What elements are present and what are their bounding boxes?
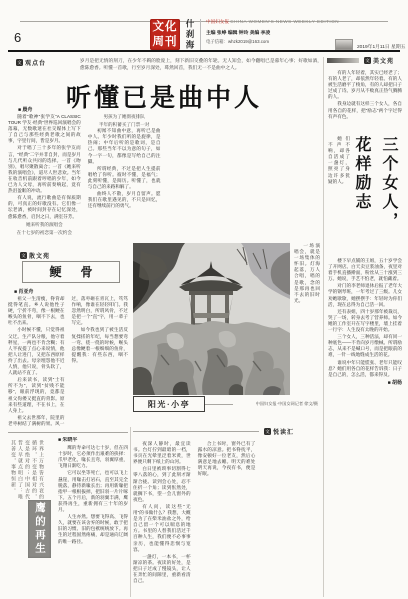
- masthead: 文化 周刊 什刹海 中国妇女报 CHINA WOMEN'S NEWS WEEKL…: [150, 19, 339, 51]
- paragraph: 还有表姐，四十岁那年被裁员，哭了一场，转身去考了营养师。如今她的工作室开在写字楼…: [328, 309, 402, 333]
- main-side-text: 一场演唱会，就是一场集体的怀旧。灯海起落，万人合唱，唱的是歌，念的是那再也回不去…: [294, 243, 320, 304]
- paragraph: 祖父一生清瘦，脊背却挺得笔直。乡人说他性子硬，宁折不弯，像一根鲠在喉头的鱼骨，咽…: [8, 296, 65, 326]
- section-label-main: 文 观点台: [16, 58, 46, 67]
- essay-author: ■ 肖亚舟: [14, 288, 33, 295]
- main-body-columns: 随着“歌神”张学友“A CLASSIC TOUR 学友·经典”世界巡回演唱会的落…: [8, 114, 320, 240]
- paragraph: 三个女人，三种活法，却有同一种底色——不肯向岁月缴械。所谓励志，从来不是喊口号，…: [328, 334, 402, 358]
- paragraph: 如今我也到了被生活反复揉搓的年纪，每当想要弯一弯、绕一绕的时候，喉头总像鲠着一根…: [72, 327, 129, 364]
- paper-name-en: CHINA WOMEN'S NEWS WEEKLY EDITION: [230, 19, 339, 24]
- paragraph: 有人说，流行歌曲是有保质期的，可真正的好歌没有。它们像一坛老酒，被时间封存在记忆…: [8, 195, 81, 219]
- right-column-divider: [323, 57, 324, 597]
- masthead-info: 中国妇女报 CHINA WOMEN'S NEWS WEEKLY EDITION …: [200, 19, 339, 51]
- mid-section-rule: [133, 431, 259, 432]
- staff-line: 主编 张峥 编辑 钟玲 美编 李凌: [206, 29, 339, 36]
- date-line: 2019年1月11日 星期五: [357, 43, 405, 50]
- eagle-title-box: 鹰的再生: [28, 500, 51, 558]
- eagle-body-text: 鹰的寿命可达七十岁，但在四十岁时，它必须作出艰难的抉择：爪甲老化，喙长且弯，羽翼…: [58, 445, 128, 545]
- right-body-text: 楼下早点铺的王姐，五十岁学会了开网店。白天卖豆浆油条，夜里对着手机直播擀面，粉丝…: [328, 258, 402, 378]
- paragraph: 初闻不知曲中意，再听已是曲中人。年少时我们听的是旋律，是热闹；中年后听的是歌词，…: [88, 128, 161, 165]
- weather-thumbnail: [335, 39, 353, 50]
- section-label-mid: 文 悦读汇: [264, 427, 294, 436]
- masthead-seal: 文化 周刊: [150, 19, 180, 50]
- section-label-essay: 文 散文苑: [20, 251, 50, 260]
- section-label-text: 散文苑: [29, 251, 50, 260]
- paragraph: 楼下早点铺的王姐，五十岁学会了开网店。白天卖豆浆油条，夜里对着手机直播擀面，粉丝…: [328, 258, 402, 282]
- paragraph: 后来读书，读到“士有所不为”，读到“贫贱不能移”，眼前浮现的，竟都是祖父佝偻又挺…: [8, 377, 65, 414]
- paragraph: 它可以坐等死亡，也可以飞上悬崖，用喙击打岩石，直至其完全脱落，静待新喙长出；再用…: [58, 470, 128, 513]
- main-body-part2: 初闻不知曲中意，再听已是曲中人。年少时我们听的是旋律，是热闹；中年后听的是歌词，…: [88, 128, 161, 209]
- main-lede: 岁月是把无情的刻刀，在少年不羁的脸庞上，刻下新旧交叠的年轮。无人知会，如今翻唱已…: [80, 57, 322, 71]
- section-label-text: 悦读汇: [273, 427, 294, 436]
- right-header-bar: [327, 58, 359, 63]
- paragraph: 有人问，读这些“无用”的书做什么？我想，大概是为了在柴米油盐之外，给自己留一个可…: [133, 504, 191, 553]
- paragraph: 男孩为了她彻夜排队: [88, 114, 161, 120]
- eagle-author: ■ 朱晓平: [58, 437, 128, 443]
- paragraph: 所谓经典，不过是把人生提前唱给了你听。彼时不懂，是福气；此刻听懂，是阅历。听懂了…: [88, 166, 161, 190]
- paragraph: 对于唱了三十多年的张学友而言，“经典”二字并非自封，而是岁月与几代听众共同的选择…: [8, 145, 81, 194]
- paragraph: 合上书时，窗外已有了露水的凉意。把书脊抚平，像安顿好一位老友，然后心满意足地去睡…: [198, 441, 256, 478]
- caption-rule: [205, 404, 233, 405]
- paragraph: 在十七岁的初恋第一次约会: [8, 230, 81, 236]
- main-author: ■ 晨舟: [18, 106, 32, 113]
- paragraph: 有的人年轻着，其实已经老了；有的人老了，却依然年轻着。有的人被生活磨平了棱角，有…: [328, 70, 402, 100]
- eagle-vertical-quote: 世界上万物皆有兴衰的循环，不变是相对的，变是绝对的；中国古代哲人早就点明白了：唯…: [8, 440, 44, 502]
- right-vertical-title: 花样励志 三个女人，: [352, 136, 398, 252]
- main-body-part1: 随着“歌神”张学友“A CLASSIC TOUR 学友·经典”世界巡回演唱会的落…: [8, 114, 81, 220]
- masthead-vertical-title: 什刹海: [184, 19, 196, 51]
- header-thick-rule: [8, 50, 400, 52]
- paragraph: 谁说中年只能慌张、老年只能叹息？她们用各自的花样告诉我：日子是自己的，怎么活，都…: [328, 360, 402, 378]
- paper-name-line: 中国妇女报 CHINA WOMEN'S NEWS WEEKLY EDITION: [206, 19, 339, 25]
- paragraph: 随着“歌神”张学友“A CLASSIC TOUR 学友·经典”世界巡回演唱会的落…: [8, 114, 81, 144]
- right-side-text: 她们不声不响，却各自活成了一盏灯，照亮了身边许多犹疑的人。: [328, 136, 350, 185]
- eagle-body: ■ 朱晓平 鹰的寿命可达七十岁，但在四十岁时，它必须作出艰难的抉择：爪甲老化，喙…: [58, 437, 128, 597]
- newspaper-page: 6 文化 周刊 什刹海 中国妇女报 CHINA WOMEN'S NEWS WEE…: [0, 0, 408, 599]
- section-icon: 文: [364, 57, 371, 64]
- eagle-title: 鹰的再生: [32, 502, 47, 556]
- photo-caption: 阳光·小亭: [148, 399, 190, 410]
- section-icon: 文: [264, 428, 271, 435]
- right-intro-text: 有的人年轻着，其实已经老了；有的人老了，却依然年轻着。有的人被生活磨平了棱角，有…: [328, 70, 402, 120]
- main-body-side-column: 一场演唱会，就是一场集体的怀旧。灯海起落，万人合唱，唱的是歌，念的是那再也回不去…: [294, 243, 320, 393]
- essay-body: 祖父一生清瘦，脊背却挺得笔直。乡人说他性子硬，宁折不弯，像一根鲠在喉头的鱼骨，咽…: [8, 296, 128, 429]
- right-side-strip: 她们不声不响，却各自活成了一盏灯，照亮了身边许多犹疑的人。: [328, 136, 350, 252]
- right-title-col-right: 三个女人，: [377, 136, 400, 252]
- page-number: 6: [14, 30, 21, 45]
- eagle-top-rule: [8, 432, 128, 433]
- photo-credit: 中国妇女报·中国女网记者 徐文/摄: [232, 401, 318, 407]
- right-intro: 有的人年轻着，其实已经老了；有的人老了，却依然年轻着。有的人被生活磨平了棱角，有…: [328, 70, 402, 132]
- section-label-text: 观点台: [25, 58, 46, 67]
- paragraph: 小时候不懂，只觉得祖父迂。生产队分粮，他守着秤星，一两也不肯含糊；有人半夜提了点…: [8, 327, 65, 376]
- pavilion-photo: [133, 243, 290, 395]
- section-label-right: 文 美文苑: [364, 56, 394, 65]
- paragraph: 对门的李老师退休后报了老年大学的钢琴班，一年考过了三级。儿女劝她歇歇，她摆摆手：…: [328, 283, 402, 307]
- paper-name: 中国妇女报: [206, 19, 229, 24]
- section-icon: 文: [20, 252, 27, 259]
- right-author: ■ 胡杨: [328, 380, 402, 386]
- paragraph: 我身边就有这样三个女人，各自用各自的花样，把“励志”两个字过得有声有色。: [328, 101, 402, 119]
- paragraph: 夜深人静时，最宜读书。台灯拧到最暗的一档，书页在光晕里泛着米黄，世界便只剩下纸上…: [133, 441, 191, 465]
- right-body: 楼下早点铺的王姐，五十岁学会了开网店。白天卖豆浆油条，夜里对着手机直播擀面，粉丝…: [328, 258, 402, 597]
- mid-left-divider: [130, 427, 131, 597]
- main-headline: 听懂已是曲中人: [8, 78, 320, 114]
- paragraph: 她来听我的演唱会: [8, 222, 81, 228]
- mid-essay-columns: 夜深人静时，最宜读书。台灯拧到最暗的一档，书页在光晕里泛着米黄，世界便只剩下纸上…: [133, 441, 320, 597]
- section-icon: 文: [16, 59, 23, 66]
- email-line: 电子信箱：whzk2019@163.com: [206, 39, 339, 45]
- paragraph: 曲终人不散，岁月自留声。愿我们在歌里遇见的，不只是回忆，还有继续前行的勇气。: [88, 191, 161, 209]
- essay-title-box: 鲠 骨: [22, 261, 120, 283]
- mid-essay-body: 夜深人静时，最宜读书。台灯拧到最暗的一档，书页在光晕里泛着米黄，世界便只剩下纸上…: [133, 441, 255, 597]
- essay-title: 鲠 骨: [23, 262, 119, 282]
- section-label-text: 美文苑: [373, 56, 394, 65]
- paragraph: 人生亦然。想要飞得高、飞得久，就要在该舍弃的时候，敢于把旧的习惯、旧的包袱统统放…: [58, 514, 128, 544]
- seal-line2: 周刊: [150, 35, 180, 50]
- paragraph: 鹰的寿命可达七十岁，但在四十岁时，它必须作出艰难的抉择：爪甲老化，喙长且弯，羽翼…: [58, 445, 128, 469]
- right-title-col-left: 花样励志: [350, 136, 373, 252]
- paragraph: 白日里被琐事切割得七零八落的心，到了此刻才渐渐合拢。读到会心处，忍不住折一个角；…: [133, 466, 191, 503]
- paragraph: 一盏灯，一本书，一杯渐凉的茶。夜读的好处，是把日子过成了慢镜头，让人在奔忙的间隙…: [133, 554, 191, 584]
- pavilion-photo-art: [133, 243, 290, 395]
- seal-line1: 文化: [150, 20, 180, 35]
- essay-body-columns: 祖父一生清瘦，脊背却挺得笔直。乡人说他性子硬，宁折不弯，像一根鲠在喉头的鱼骨，咽…: [8, 296, 128, 429]
- photo-caption-box: 阳光·小亭: [133, 396, 205, 412]
